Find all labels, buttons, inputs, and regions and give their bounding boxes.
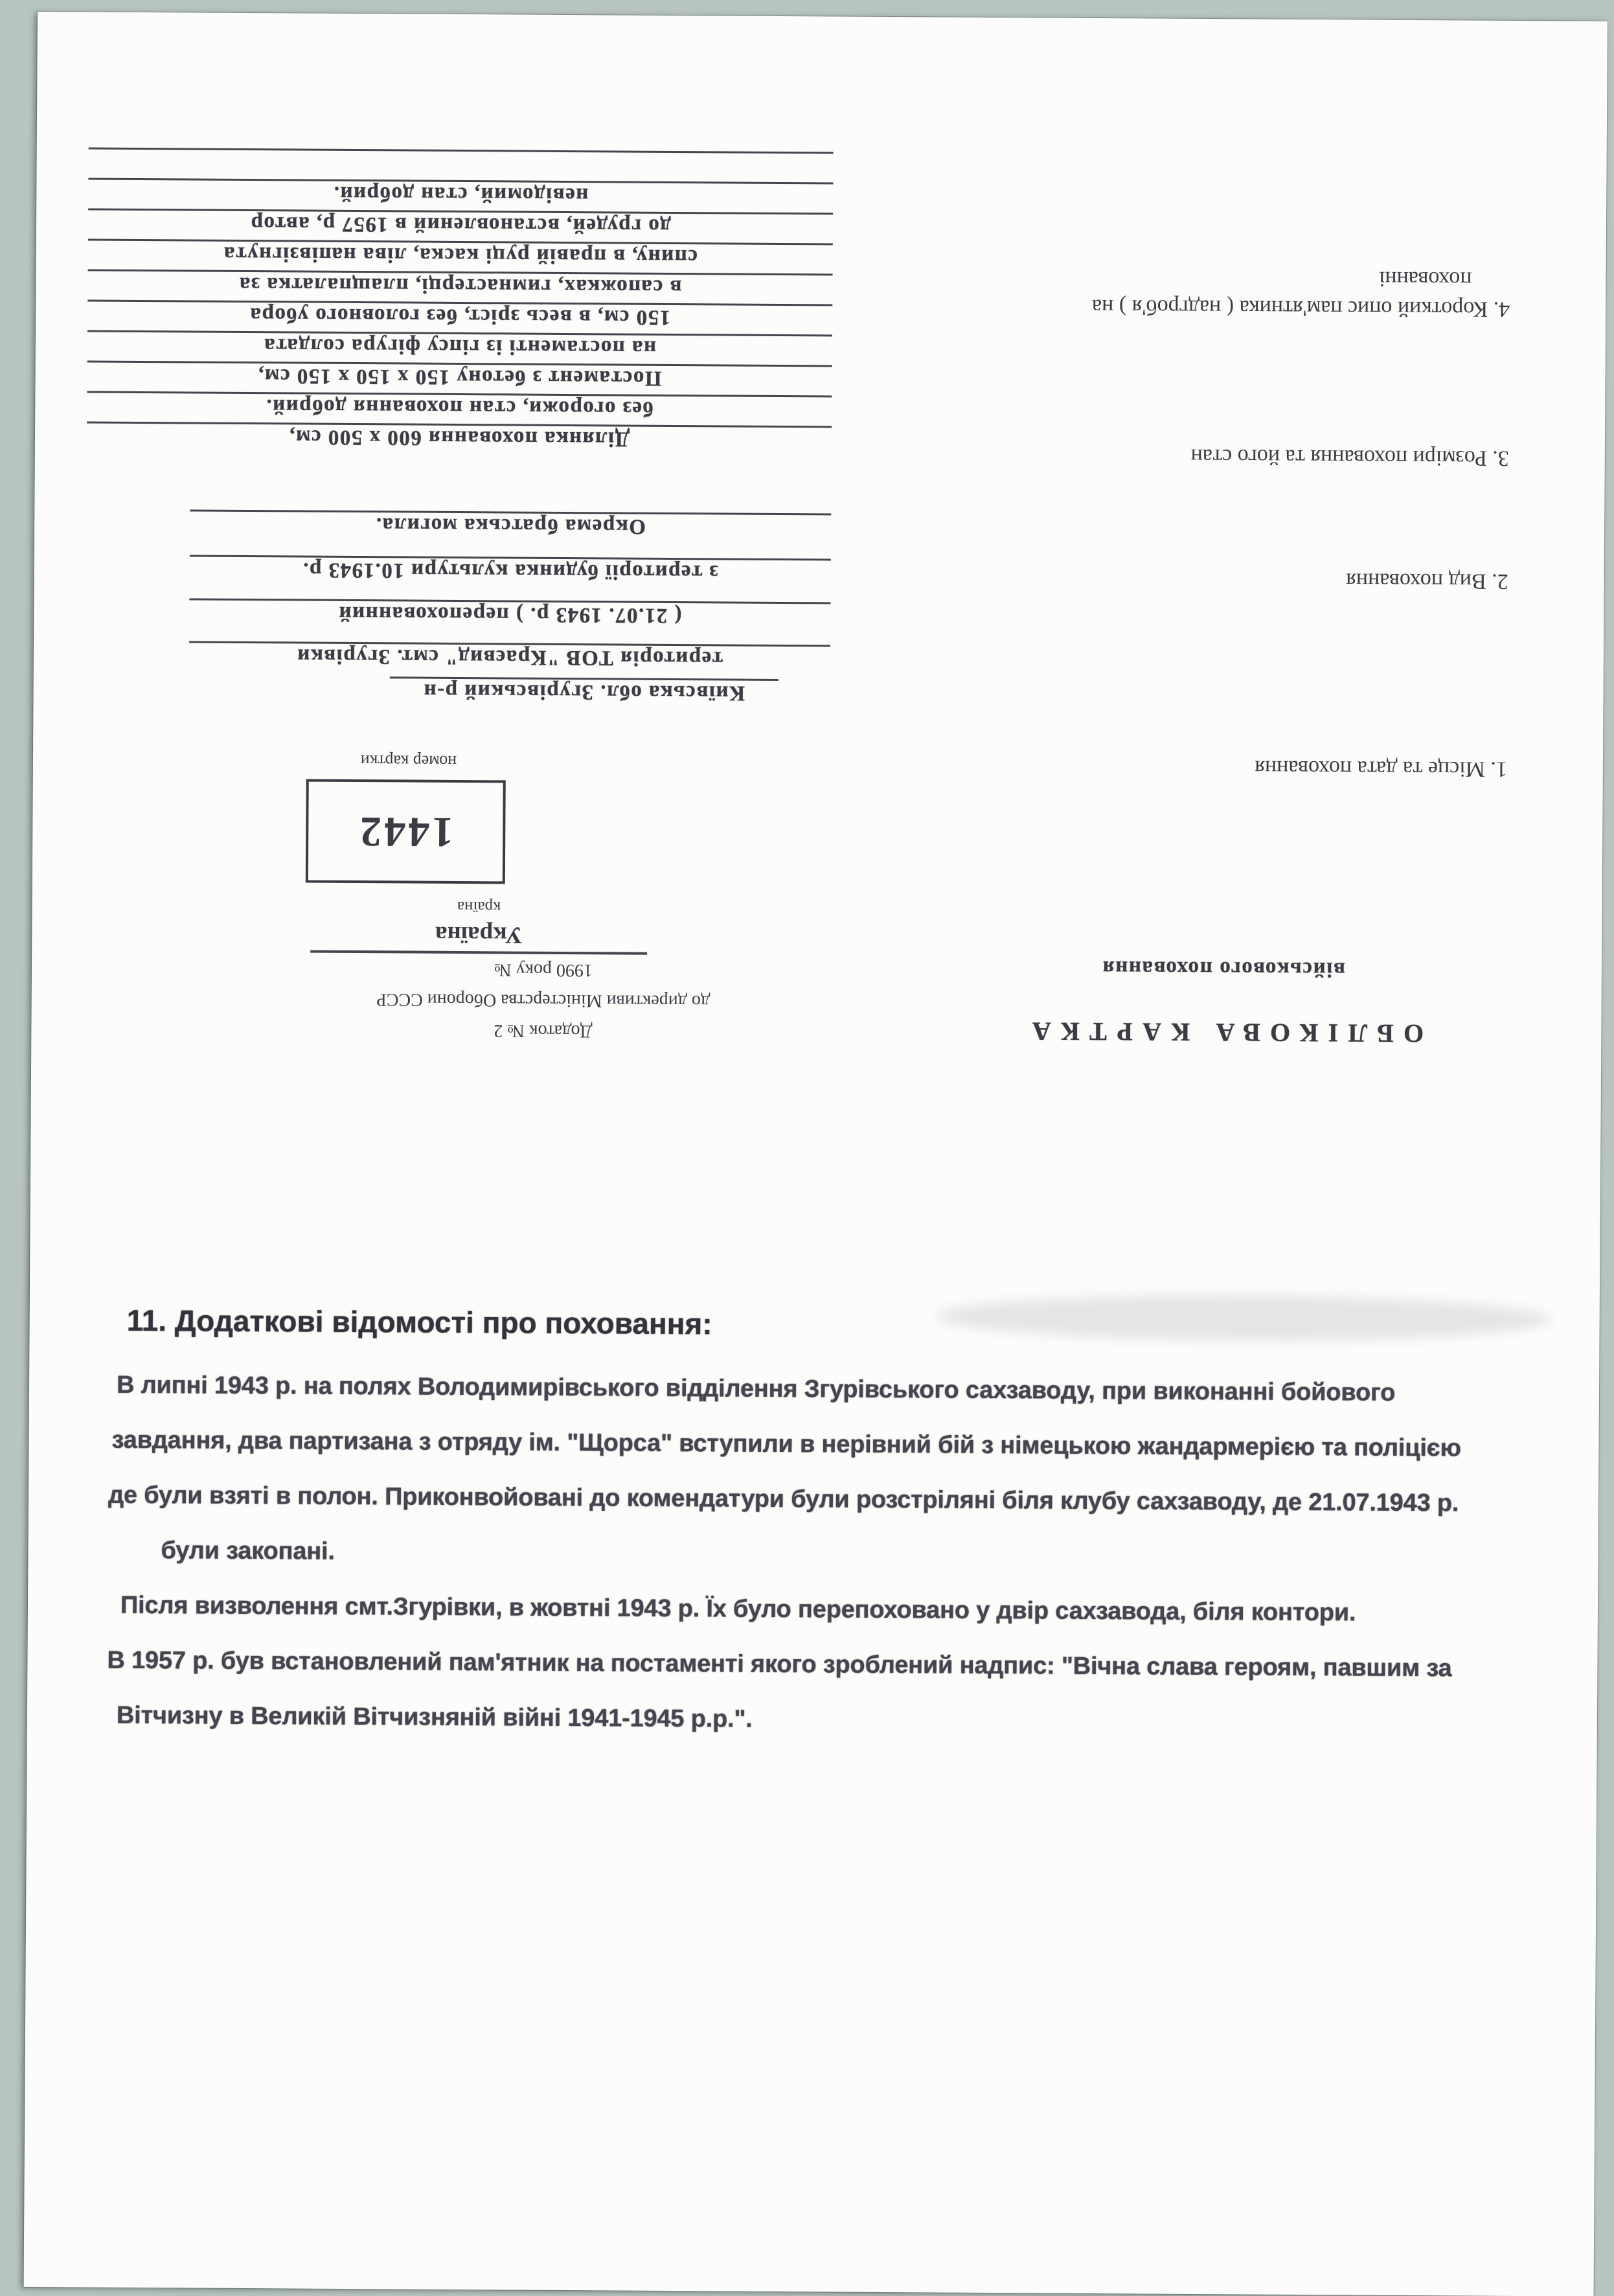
country-value: Україна (310, 920, 647, 950)
notes-line-1: В липні 1943 р. на полях Володимирівсько… (117, 1372, 1395, 1407)
notes-line-3: де були взяті в полон. Приконвойовані до… (108, 1482, 1459, 1518)
answer-burial-type: Окрема братська могила. (190, 509, 831, 545)
upside-down-form-section: ОБЛІКОВА КАРТКА військового поховання До… (70, 102, 1533, 1083)
notes-line-5: Після визволення смт.Згурівки, в жовтні … (120, 1592, 1356, 1627)
item-4-label: 4. Короткий опис пам'ятника ( надгроб'я … (1092, 294, 1510, 321)
notes-heading: 11. Додаткові відомості про поховання: (126, 1303, 712, 1342)
answer-reburial-date: ( 21.07. 1943 р. ) перепохованний (189, 598, 830, 634)
item-4-label-line2: похованні (1379, 266, 1472, 292)
answer-location-territory: територія ТОВ "Краєвид" смт. Згурівки (189, 641, 830, 676)
appendix-block: Додаток № 2 до директиви Міністерства Об… (348, 954, 738, 1048)
card-number-box: 1442 (306, 779, 506, 884)
appendix-line-2: до директиви Міністерства Оборони СССР (349, 984, 738, 1017)
notes-line-4: були закопані. (161, 1537, 335, 1566)
appendix-line-3: 1990 року № (349, 954, 738, 987)
card-number-label: номер картки (286, 750, 532, 771)
notes-line-2: завдання, два партизана з отряду ім. "Що… (111, 1427, 1461, 1463)
form-title: ОБЛІКОВА КАРТКА (996, 1016, 1449, 1049)
item-1-label: 1. Місце та дата поховання (1255, 755, 1507, 781)
notes-line-7: Вітчизну в Великій Вітчизняній війні 194… (117, 1702, 753, 1734)
notes-line-6: В 1957 р. був встановлений пам'ятник на … (107, 1647, 1451, 1683)
form-subtitle: військового поховання (997, 955, 1450, 982)
answer-location-region: Київська обл. Згурівський р-н (389, 676, 778, 711)
country-label: країна (310, 897, 647, 917)
appendix-line-1: Додаток № 2 (348, 1015, 737, 1048)
document-page: ОБЛІКОВА КАРТКА військового поховання До… (24, 12, 1608, 2296)
card-number: 1442 (358, 807, 453, 856)
item-3-label: 3. Розміри поховання та його стан (1190, 444, 1508, 470)
empty-ruled-line (88, 147, 833, 184)
scan-smudge (937, 1294, 1552, 1343)
item-2-label: 2. Вид поховання (1346, 568, 1508, 593)
country-group: Україна країна (310, 897, 648, 955)
answer-reburial-origin: з території будинка культури 10.1943 р. (190, 555, 831, 590)
